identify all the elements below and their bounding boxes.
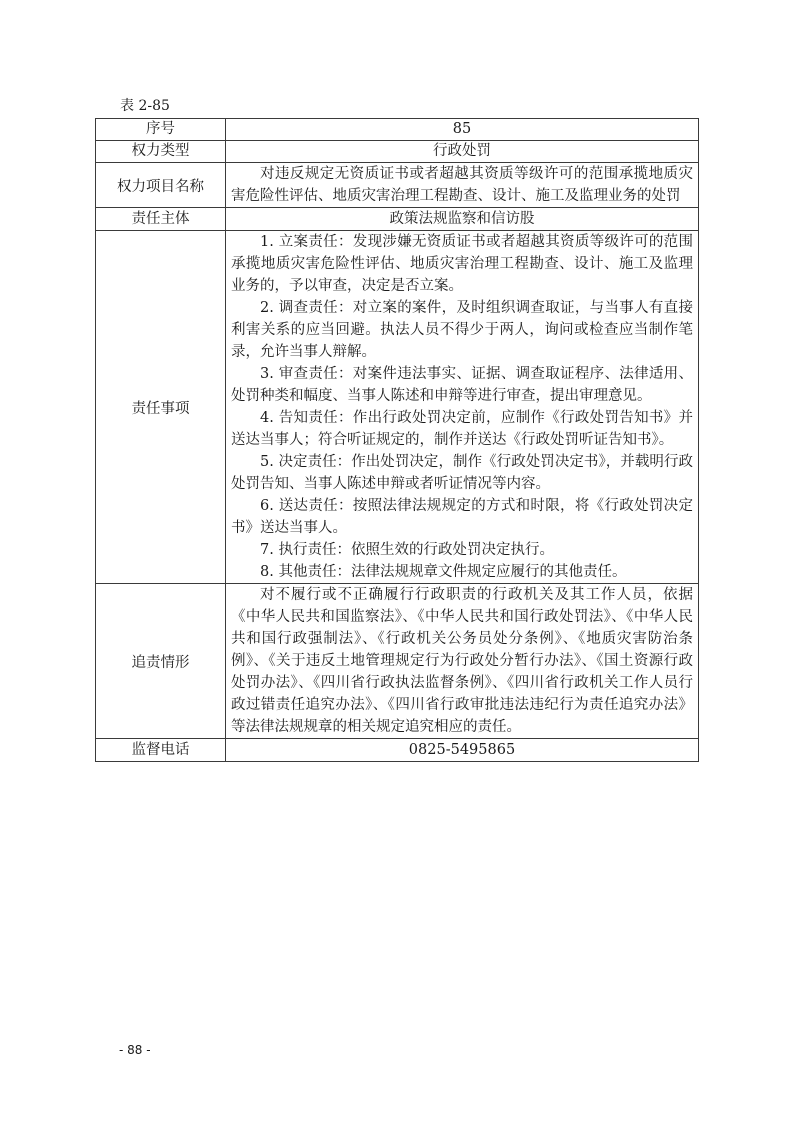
table-row-power-item-name: 权力项目名称 对违反规定无资质证书或者超越其资质等级许可的范围承揽地质灾害危险性… <box>96 163 699 208</box>
value-power-type: 行政处罚 <box>226 141 699 163</box>
table-row-power-type: 权力类型 行政处罚 <box>96 141 699 163</box>
page-number: - 88 - <box>119 1043 151 1057</box>
label-accountability: 追责情形 <box>96 584 226 739</box>
label-power-type: 权力类型 <box>96 141 226 163</box>
responsibility-item-3: 3. 审查责任：对案件违法事实、证据、调查取证程序、法律适用、处罚种类和幅度、当… <box>231 363 693 407</box>
responsibility-item-4: 4. 告知责任：作出行政处罚决定前，应制作《行政处罚告知书》并送达当事人；符合听… <box>231 407 693 451</box>
table-row-responsibilities: 责任事项 1. 立案责任：发现涉嫌无资质证书或者超越其资质等级许可的范围承揽地质… <box>96 231 699 584</box>
responsibility-item-7: 7. 执行责任：依照生效的行政处罚决定执行。 <box>231 539 693 561</box>
value-responsible-entity: 政策法规监察和信访股 <box>226 208 699 231</box>
value-accountability: 对不履行或不正确履行行政职责的行政机关及其工作人员，依据《中华人民共和国监察法》… <box>226 584 699 739</box>
responsibility-item-1: 1. 立案责任：发现涉嫌无资质证书或者超越其资质等级许可的范围承揽地质灾害危险性… <box>231 231 693 297</box>
label-responsible-entity: 责任主体 <box>96 208 226 231</box>
responsibility-item-6: 6. 送达责任：按照法律法规规定的方式和时限，将《行政处罚决定书》送达当事人。 <box>231 495 693 539</box>
value-power-item-name: 对违反规定无资质证书或者超越其资质等级许可的范围承揽地质灾害危险性评估、地质灾害… <box>226 163 699 208</box>
value-responsibilities: 1. 立案责任：发现涉嫌无资质证书或者超越其资质等级许可的范围承揽地质灾害危险性… <box>226 231 699 584</box>
table-caption: 表 2-85 <box>120 97 170 115</box>
table-row-accountability: 追责情形 对不履行或不正确履行行政职责的行政机关及其工作人员，依据《中华人民共和… <box>96 584 699 739</box>
table-row-supervision-phone: 监督电话 0825-5495865 <box>96 739 699 762</box>
value-serial-number: 85 <box>226 119 699 141</box>
responsibility-item-2: 2. 调查责任：对立案的案件，及时组织调查取证，与当事人有直接利害关系的应当回避… <box>231 297 693 363</box>
table-row-serial: 序号 85 <box>96 119 699 141</box>
accountability-text: 对不履行或不正确履行行政职责的行政机关及其工作人员，依据《中华人民共和国监察法》… <box>231 584 693 738</box>
responsibility-item-8: 8. 其他责任：法律法规规章文件规定应履行的其他责任。 <box>231 561 693 583</box>
value-supervision-phone: 0825-5495865 <box>226 739 699 762</box>
label-supervision-phone: 监督电话 <box>96 739 226 762</box>
responsibility-item-5: 5. 决定责任：作出处罚决定，制作《行政处罚决定书》，并载明行政处罚告知、当事人… <box>231 451 693 495</box>
power-item-name-text: 对违反规定无资质证书或者超越其资质等级许可的范围承揽地质灾害危险性评估、地质灾害… <box>231 163 693 207</box>
label-responsibilities: 责任事项 <box>96 231 226 584</box>
label-power-item-name: 权力项目名称 <box>96 163 226 208</box>
label-serial-number: 序号 <box>96 119 226 141</box>
table-row-responsible-entity: 责任主体 政策法规监察和信访股 <box>96 208 699 231</box>
power-list-table: 序号 85 权力类型 行政处罚 权力项目名称 对违反规定无资质证书或者超越其资质… <box>95 118 699 762</box>
